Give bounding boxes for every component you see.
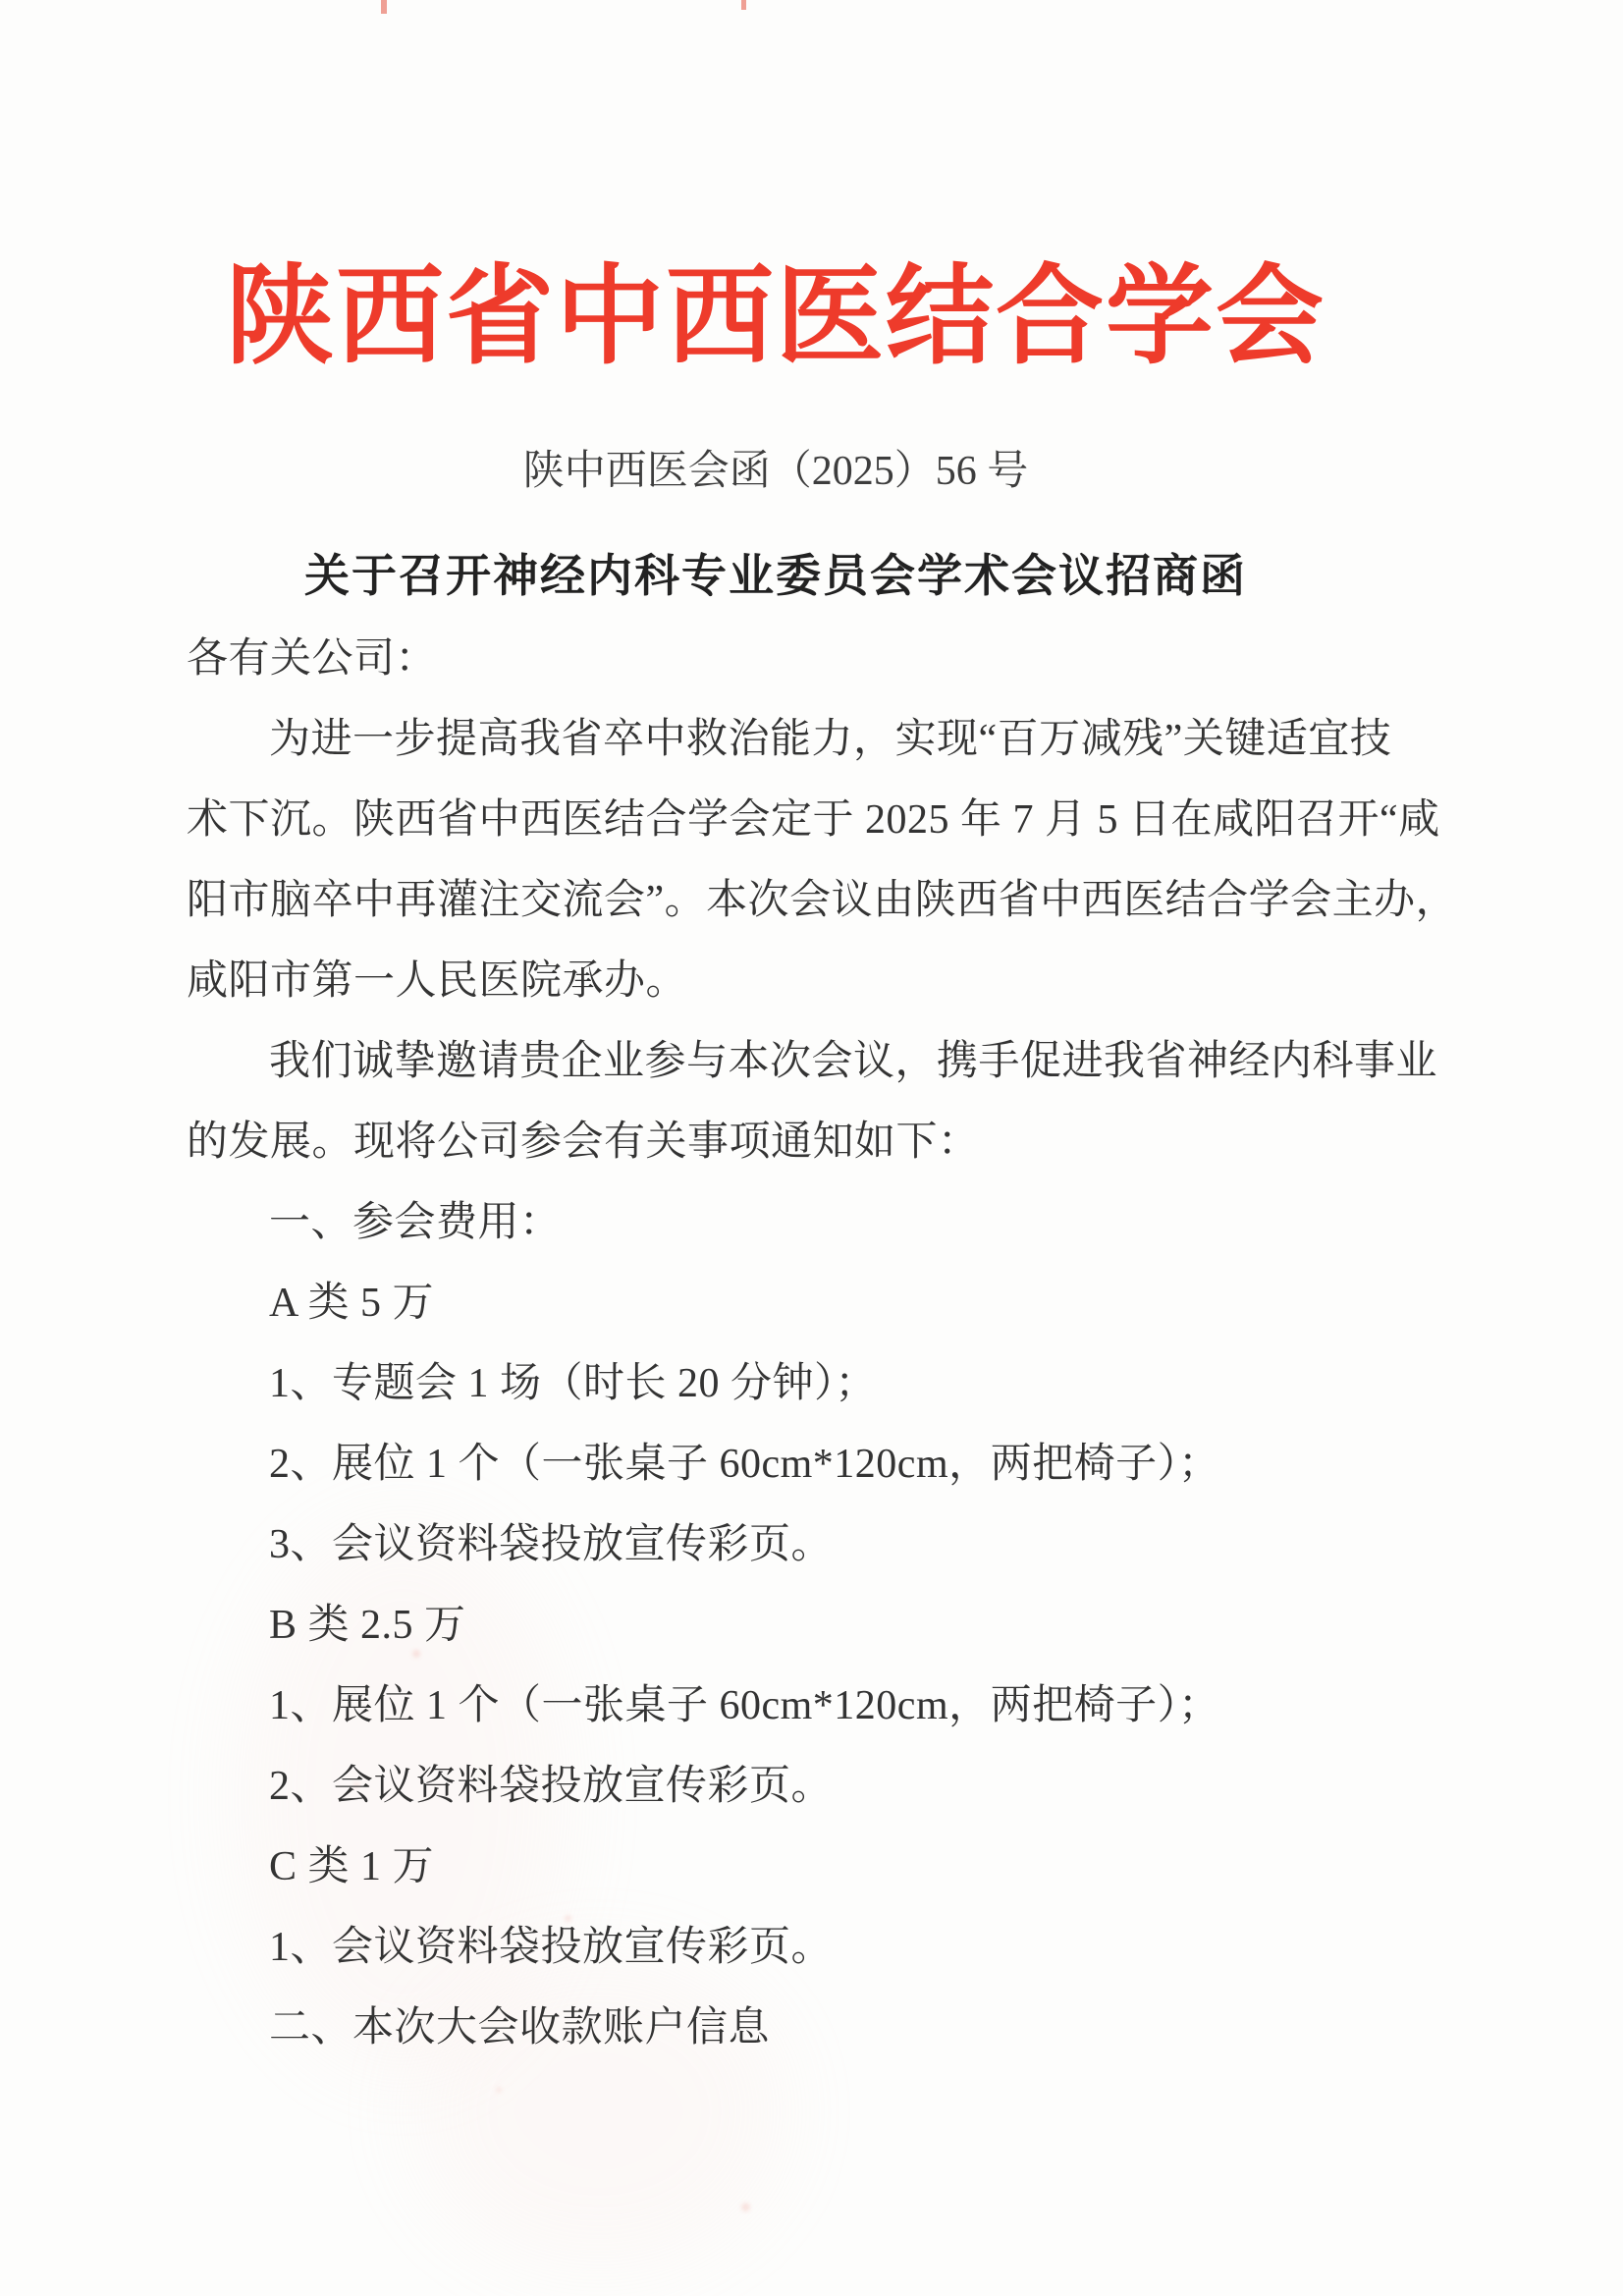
salutation: 各有关公司： — [187, 619, 1365, 699]
paragraph-line: 为进一步提高我省卒中救治能力，实现“百万减残”关键适宜技 — [187, 699, 1365, 780]
letter-content: 陕西省中西医结合学会 陕中西医会函（2025）56 号 关于召开神经内科专业委员… — [187, 0, 1365, 2068]
fee-tier-a-item: 2、展位 1 个（一张桌子 60cm*120cm，两把椅子）； — [187, 1424, 1365, 1504]
paragraph-line: 咸阳市第一人民医院承办。 — [187, 941, 1365, 1021]
fee-tier-b-item: 1、展位 1 个（一张桌子 60cm*120cm，两把椅子）； — [187, 1666, 1365, 1746]
scan-artifact-dot — [741, 2203, 750, 2212]
fee-tier-a: A 类 5 万 — [187, 1263, 1365, 1343]
document-reference-number: 陕中西医会函（2025）56 号 — [187, 444, 1365, 499]
paragraph-line: 阳市脑卒中再灌注交流会”。本次会议由陕西省中西医结合学会主办， — [187, 860, 1365, 941]
paragraph-line: 我们诚挚邀请贵企业参与本次会议，携手促进我省神经内科事业 — [187, 1021, 1365, 1102]
paragraph-line: 的发展。现将公司参会有关事项通知如下： — [187, 1102, 1365, 1182]
scanned-letter-page: 陕西省中西医结合学会 陕中西医会函（2025）56 号 关于召开神经内科专业委员… — [0, 0, 1623, 2296]
paragraph-line: 术下沉。陕西省中西医结合学会定于 2025 年 7 月 5 日在咸阳召开“咸 — [187, 780, 1365, 860]
fee-tier-c: C 类 1 万 — [187, 1827, 1365, 1907]
scan-artifact-dot — [496, 2087, 502, 2093]
letter-subject-heading: 关于召开神经内科专业委员会学术会议招商函 — [187, 547, 1365, 606]
letter-body: 各有关公司： 为进一步提高我省卒中救治能力，实现“百万减残”关键适宜技 术下沉。… — [187, 619, 1365, 2068]
fee-tier-a-item: 1、专题会 1 场（时长 20 分钟）； — [187, 1343, 1365, 1424]
fee-tier-c-item: 1、会议资料袋投放宣传彩页。 — [187, 1907, 1365, 1988]
section-heading-fees: 一、参会费用： — [187, 1182, 1365, 1263]
fee-tier-b: B 类 2.5 万 — [187, 1585, 1365, 1666]
fee-tier-a-item: 3、会议资料袋投放宣传彩页。 — [187, 1504, 1365, 1585]
fee-tier-b-item: 2、会议资料袋投放宣传彩页。 — [187, 1746, 1365, 1827]
organization-title: 陕西省中西医结合学会 — [187, 253, 1365, 381]
section-heading-account: 二、本次大会收款账户信息 — [187, 1988, 1365, 2068]
